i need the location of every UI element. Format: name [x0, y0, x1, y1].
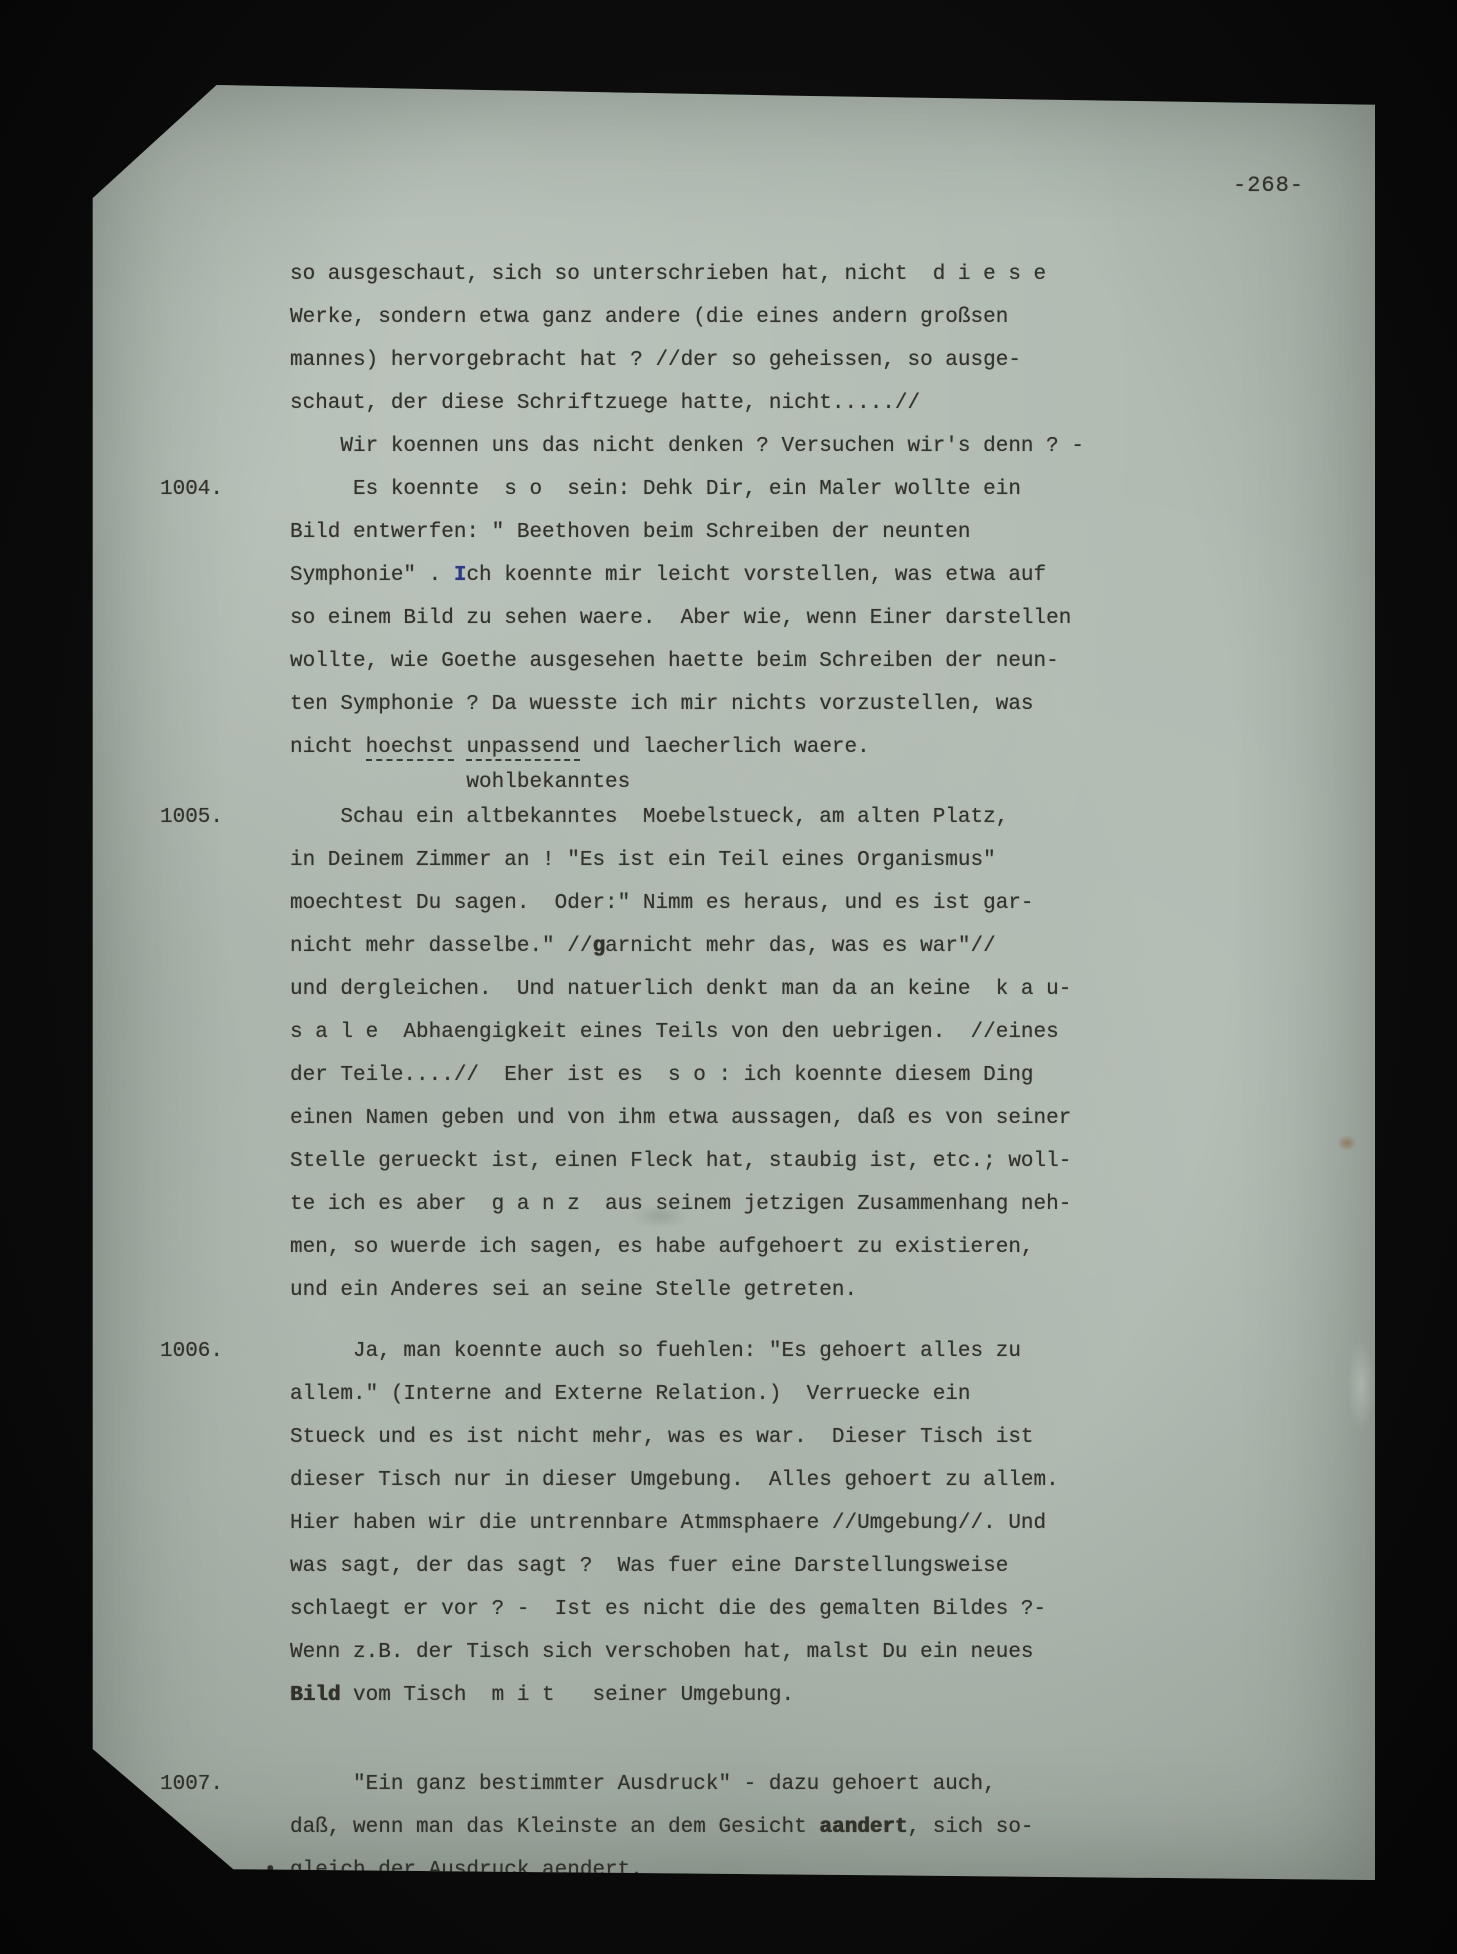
photo-backdrop: { "page": { "number": "-268-" }, "docume…	[0, 0, 1457, 1954]
paragraph: 1006. Ja, man koennte auch so fuehlen: "…	[85, 1330, 1375, 1717]
text-line: Wir koennen uns das nicht denken ? Versu…	[290, 425, 1345, 468]
text-line: wollte, wie Goethe ausgesehen haette bei…	[290, 640, 1345, 683]
paragraph-number: 1005.	[85, 769, 290, 839]
paragraph-body: wohlbekanntes Schau ein altbekanntes Moe…	[290, 769, 1375, 1312]
text-line: Bild entwerfen: " Beethoven beim Schreib…	[290, 511, 1345, 554]
text-line: Bild vom Tisch m i t seiner Umgebung.	[290, 1674, 1345, 1717]
text-line: dieser Tisch nur in dieser Umgebung. All…	[290, 1459, 1345, 1502]
text-segment: , sich so-	[908, 1816, 1034, 1839]
text-segment: Stelle gerueckt ist, einen Fleck hat, st…	[290, 1150, 1071, 1173]
text-line: so einem Bild zu sehen waere. Aber wie, …	[290, 597, 1345, 640]
text-segment: Schau ein altbekanntes Moebelstueck, am …	[290, 806, 1008, 829]
page-number: -268-	[1233, 173, 1304, 198]
text-segment	[454, 736, 467, 759]
text-segment: nicht mehr dasselbe." //	[290, 935, 592, 958]
paragraph: 1007. "Ein ganz bestimmter Ausdruck" - d…	[85, 1763, 1375, 1892]
text-segment: s a l e Abhaengigkeit eines Teils von de…	[290, 1021, 1059, 1044]
paragraph: 1004. Es koennte s o sein: Dehk Dir, ein…	[85, 468, 1375, 769]
text-segment: Symphonie" .	[290, 564, 454, 587]
text-line: "Ein ganz bestimmter Ausdruck" - dazu ge…	[290, 1763, 1345, 1806]
text-segment: so ausgeschaut, sich so unterschrieben h…	[290, 263, 1046, 286]
text-line: in Deinem Zimmer an ! "Es ist ein Teil e…	[290, 839, 1345, 882]
underline-text: unpassend	[466, 736, 579, 761]
text-segment: allem." (Interne and Externe Relation.) …	[290, 1383, 971, 1406]
text-segment: was sagt, der das sagt ? Was fuer eine D…	[290, 1555, 1008, 1578]
paragraph-number: 1007.	[85, 1763, 290, 1806]
paper-sheet: -268- so ausgeschaut, sich so unterschri…	[85, 85, 1375, 1880]
torn-edge-highlight	[1347, 1340, 1375, 1430]
text-line: Es koennte s o sein: Dehk Dir, ein Maler…	[290, 468, 1345, 511]
text-segment: mannes) hervorgebracht hat ? //der so ge…	[290, 349, 1021, 372]
text-segment: der Teile....// Eher ist es s o : ich ko…	[290, 1064, 1034, 1087]
text-line: te ich es aber g a n z aus seinem jetzig…	[290, 1183, 1345, 1226]
text-line: der Teile....// Eher ist es s o : ich ko…	[290, 1054, 1345, 1097]
text-segment: Wenn z.B. der Tisch sich verschoben hat,…	[290, 1641, 1034, 1664]
paragraph-body: so ausgeschaut, sich so unterschrieben h…	[290, 253, 1375, 468]
text-line: men, so wuerde ich sagen, es habe aufgeh…	[290, 1226, 1345, 1269]
paragraph-list: so ausgeschaut, sich so unterschrieben h…	[85, 253, 1375, 1892]
ink-text: I	[454, 564, 467, 587]
paragraph: 1005. wohlbekanntes Schau ein altbekannt…	[85, 769, 1375, 1312]
text-line: Stueck und es ist nicht mehr, was es war…	[290, 1416, 1345, 1459]
text-segment: ch koennte mir leicht vorstellen, was et…	[466, 564, 1046, 587]
text-line: Symphonie" . Ich koennte mir leicht vors…	[290, 554, 1345, 597]
typed-insertion-above-line: wohlbekanntes	[290, 769, 1345, 796]
text-segment: Es koennte s o sein: Dehk Dir, ein Maler…	[290, 478, 1021, 501]
bold-text: g	[592, 935, 605, 958]
text-line: moechtest Du sagen. Oder:" Nimm es herau…	[290, 882, 1345, 925]
bold-text: aandert	[819, 1816, 907, 1839]
text-segment: vom Tisch m i t seiner Umgebung.	[340, 1684, 794, 1707]
text-line: s a l e Abhaengigkeit eines Teils von de…	[290, 1011, 1345, 1054]
paragraph-body: Ja, man koennte auch so fuehlen: "Es geh…	[290, 1330, 1375, 1717]
text-line: nicht hoechst unpassend und laecherlich …	[290, 726, 1345, 769]
text-line: Wenn z.B. der Tisch sich verschoben hat,…	[290, 1631, 1345, 1674]
text-line: Hier haben wir die untrennbare Atmmsphae…	[290, 1502, 1345, 1545]
text-segment: gleich der Ausdruck aendert.	[290, 1859, 643, 1882]
text-segment: ten Symphonie ? Da wuesste ich mir nicht…	[290, 693, 1034, 716]
text-line: schaut, der diese Schriftzuege hatte, ni…	[290, 382, 1345, 425]
text-segment: Wir koennen uns das nicht denken ? Versu…	[290, 435, 1084, 458]
text-segment: nicht	[290, 736, 366, 759]
paragraph-number: 1004.	[85, 468, 290, 511]
paragraph-body: Es koennte s o sein: Dehk Dir, ein Maler…	[290, 468, 1375, 769]
text-segment: Hier haben wir die untrennbare Atmmsphae…	[290, 1512, 1046, 1535]
text-line: nicht mehr dasselbe." //garnicht mehr da…	[290, 925, 1345, 968]
text-segment: men, so wuerde ich sagen, es habe aufgeh…	[290, 1236, 1034, 1259]
text-line: •gleich der Ausdruck aendert.	[290, 1849, 1345, 1892]
text-segment: "Ein ganz bestimmter Ausdruck" - dazu ge…	[290, 1773, 996, 1796]
document-text: so ausgeschaut, sich so unterschrieben h…	[85, 253, 1375, 1892]
text-segment: und dergleichen. Und natuerlich denkt ma…	[290, 978, 1071, 1001]
text-line: mannes) hervorgebracht hat ? //der so ge…	[290, 339, 1345, 382]
text-line: ten Symphonie ? Da wuesste ich mir nicht…	[290, 683, 1345, 726]
text-line: einen Namen geben und von ihm etwa aussa…	[290, 1097, 1345, 1140]
text-segment: wollte, wie Goethe ausgesehen haette bei…	[290, 650, 1059, 673]
text-segment: Bild entwerfen: " Beethoven beim Schreib…	[290, 521, 971, 544]
paragraph-number: 1006.	[85, 1330, 290, 1373]
text-segment: schaut, der diese Schriftzuege hatte, ni…	[290, 392, 920, 415]
text-line: und dergleichen. Und natuerlich denkt ma…	[290, 968, 1345, 1011]
text-segment: arnicht mehr das, was es war"//	[605, 935, 996, 958]
text-line: Werke, sondern etwa ganz andere (die ein…	[290, 296, 1345, 339]
text-line: daß, wenn man das Kleinste an dem Gesich…	[290, 1806, 1345, 1849]
text-line: schlaegt er vor ? - Ist es nicht die des…	[290, 1588, 1345, 1631]
text-line: allem." (Interne and Externe Relation.) …	[290, 1373, 1345, 1416]
smudge-stain	[630, 1203, 690, 1229]
text-segment: daß, wenn man das Kleinste an dem Gesich…	[290, 1816, 819, 1839]
text-line: was sagt, der das sagt ? Was fuer eine D…	[290, 1545, 1345, 1588]
text-segment: Stueck und es ist nicht mehr, was es war…	[290, 1426, 1034, 1449]
bold-text: Bild	[290, 1684, 340, 1707]
text-segment: Ja, man koennte auch so fuehlen: "Es geh…	[290, 1340, 1021, 1363]
text-line: Ja, man koennte auch so fuehlen: "Es geh…	[290, 1330, 1345, 1373]
text-line: Stelle gerueckt ist, einen Fleck hat, st…	[290, 1140, 1345, 1183]
text-line: so ausgeschaut, sich so unterschrieben h…	[290, 253, 1345, 296]
hang-text: •	[264, 1849, 277, 1892]
text-segment: und laecherlich waere.	[580, 736, 870, 759]
text-segment: in Deinem Zimmer an ! "Es ist ein Teil e…	[290, 849, 996, 872]
text-line: Schau ein altbekanntes Moebelstueck, am …	[290, 796, 1345, 839]
rust-stain	[1337, 1135, 1357, 1151]
underline-text: hoechst	[366, 736, 454, 761]
text-segment: einen Namen geben und von ihm etwa aussa…	[290, 1107, 1071, 1130]
text-segment: moechtest Du sagen. Oder:" Nimm es herau…	[290, 892, 1034, 915]
text-segment: dieser Tisch nur in dieser Umgebung. All…	[290, 1469, 1059, 1492]
paragraph-body: "Ein ganz bestimmter Ausdruck" - dazu ge…	[290, 1763, 1375, 1892]
text-segment: so einem Bild zu sehen waere. Aber wie, …	[290, 607, 1071, 630]
text-segment: und ein Anderes sei an seine Stelle getr…	[290, 1279, 857, 1302]
text-segment: Werke, sondern etwa ganz andere (die ein…	[290, 306, 1008, 329]
text-line: und ein Anderes sei an seine Stelle getr…	[290, 1269, 1345, 1312]
text-segment: schlaegt er vor ? - Ist es nicht die des…	[290, 1598, 1046, 1621]
paragraph: so ausgeschaut, sich so unterschrieben h…	[85, 253, 1375, 468]
